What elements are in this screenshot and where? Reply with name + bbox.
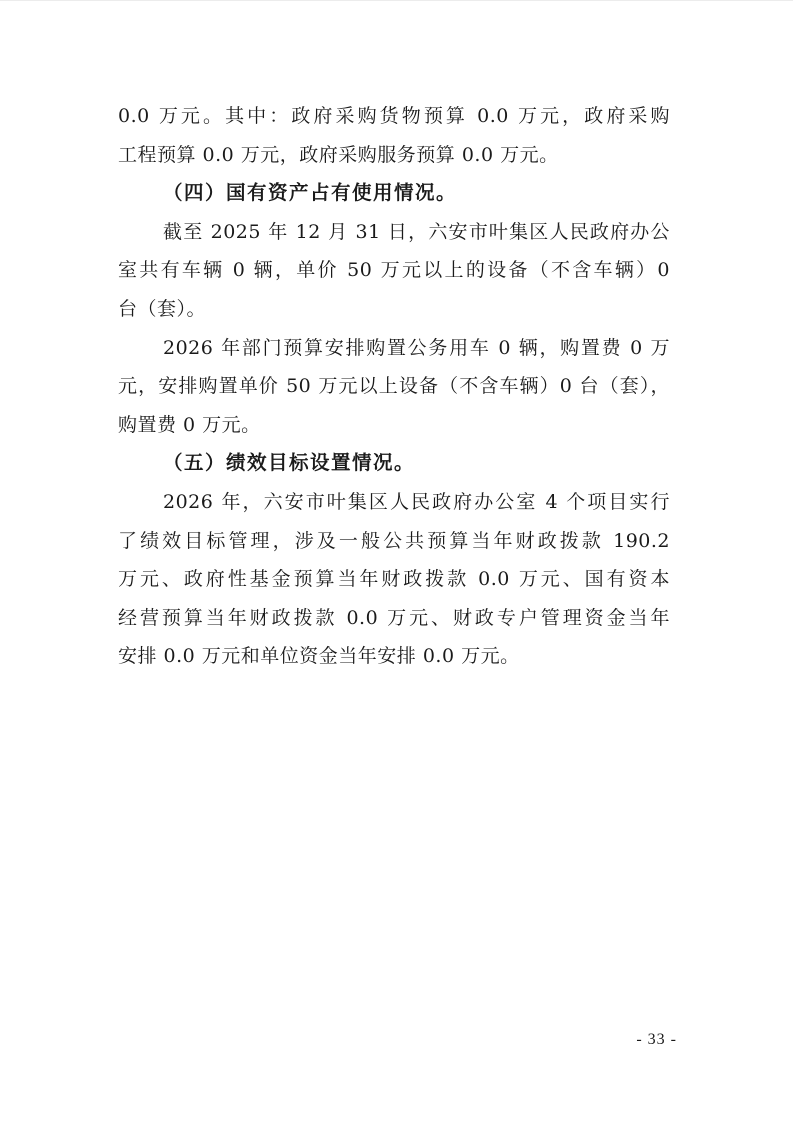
text-line: 截至 2025 年 12 月 31 日，六安市叶集区人民政府办公: [118, 213, 670, 252]
text-line: 安排 0.0 万元和单位资金当年安排 0.0 万元。: [118, 637, 670, 676]
text-line: 元，安排购置单价 50 万元以上设备（不含车辆）0 台（套），: [118, 367, 670, 406]
page-number: - 33 -: [636, 1030, 677, 1049]
text-line: 台（套）。: [118, 290, 670, 329]
section-heading-performance: （五）绩效目标设置情况。: [118, 444, 670, 483]
text-line: 万元、政府性基金预算当年财政拨款 0.0 万元、国有资本: [118, 560, 670, 599]
text-line: 了绩效目标管理，涉及一般公共预算当年财政拨款 190.2: [118, 522, 670, 561]
text-line: 经营预算当年财政拨款 0.0 万元、财政专户管理资金当年: [118, 599, 670, 638]
text-line: 2026 年部门预算安排购置公务用车 0 辆，购置费 0 万: [118, 329, 670, 368]
text-line: 室共有车辆 0 辆，单价 50 万元以上的设备（不含车辆）0: [118, 251, 670, 290]
text-line: 购置费 0 万元。: [118, 406, 670, 445]
section-heading-assets: （四）国有资产占有使用情况。: [118, 174, 670, 213]
text-line: 工程预算 0.0 万元，政府采购服务预算 0.0 万元。: [118, 136, 670, 175]
text-line: 0.0 万元。其中：政府采购货物预算 0.0 万元，政府采购: [118, 97, 670, 136]
document-page: 0.0 万元。其中：政府采购货物预算 0.0 万元，政府采购 工程预算 0.0 …: [0, 0, 793, 1123]
text-line: 2026 年，六安市叶集区人民政府办公室 4 个项目实行: [118, 483, 670, 522]
text-block: 0.0 万元。其中：政府采购货物预算 0.0 万元，政府采购 工程预算 0.0 …: [118, 97, 670, 676]
